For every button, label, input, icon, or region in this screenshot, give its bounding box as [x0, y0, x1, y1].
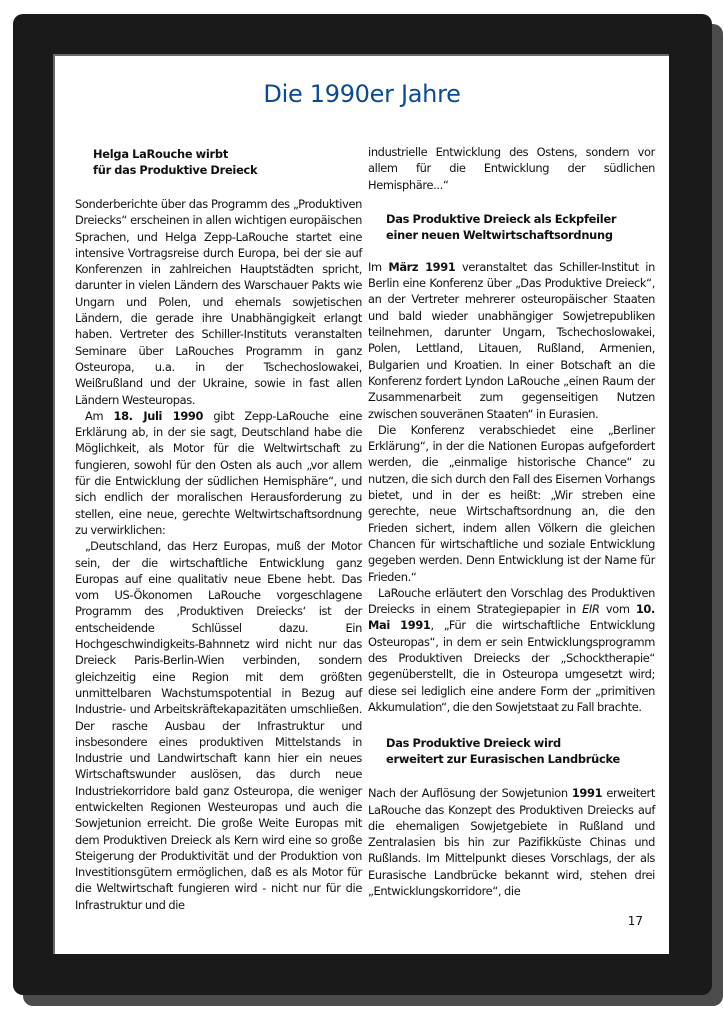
text: erweitert LaRouche das Konzept des Produ…	[368, 786, 655, 898]
document-page: Die 1990er Jahre Helga LaRouche wirbt fü…	[53, 54, 669, 954]
paragraph-maerz-1991: Im März 1991 veranstaltet das Schiller-I…	[368, 259, 655, 422]
date-highlight: März 1991	[388, 260, 455, 274]
text: Am	[85, 409, 114, 423]
heading-line-2: erweitert zur Eurasischen Landbrücke	[386, 752, 620, 766]
text: , „Für die wirtschaftliche Entwicklung O…	[368, 618, 655, 713]
heading-line-1: Das Produktive Dreieck als Eckpfeiler	[386, 212, 616, 226]
text: Nach der Auflösung der Sowjetunion	[368, 786, 572, 800]
text: Im	[368, 260, 388, 274]
text: gibt Zepp-LaRouche eine Erklärung ab, in…	[75, 409, 362, 537]
right-column: industrielle Entwicklung des Ostens, son…	[368, 144, 655, 899]
paragraph-strategiepapier: LaRouche erläutert den Vorschlag des Pro…	[368, 585, 655, 715]
date-highlight: 18. Juli 1990	[114, 409, 204, 423]
paragraph-sonderberichte: Sonderberichte über das Programm des „Pr…	[75, 196, 362, 408]
paragraph-aufloesung-sowjetunion: Nach der Auflösung der Sowjetunion 1991 …	[368, 785, 655, 899]
page-number: 17	[628, 914, 643, 928]
heading-line-1: Das Produktive Dreieck wird	[386, 736, 561, 750]
section-heading-helga: Helga LaRouche wirbt für das Produktive …	[75, 146, 362, 178]
date-highlight: 1991	[572, 786, 602, 800]
publication-name: EIR	[582, 602, 599, 616]
section-heading-landbruecke: Das Produktive Dreieck wird erweitert zu…	[368, 735, 655, 767]
heading-line-2: einer neuen Weltwirtschaftsordnung	[386, 228, 613, 242]
page-title: Die 1990er Jahre	[55, 80, 669, 108]
heading-line-2: für das Produktive Dreieck	[93, 163, 257, 177]
section-heading-eckpfeiler: Das Produktive Dreieck als Eckpfeiler ei…	[368, 211, 655, 243]
paragraph-18-juli-1990: Am 18. Juli 1990 gibt Zepp-LaRouche eine…	[75, 408, 362, 538]
text: veranstaltet das Schiller-Institut in Be…	[368, 260, 655, 421]
text: vom	[600, 602, 636, 616]
heading-line-1: Helga LaRouche wirbt	[93, 147, 228, 161]
paragraph-continued: industrielle Entwicklung des Ostens, son…	[368, 144, 655, 193]
paragraph-berliner-erklaerung: Die Konferenz verabschiedet eine „Berlin…	[368, 422, 655, 585]
paragraph-quote-deutschland: „Deutschland, das Herz Europas, muß der …	[75, 538, 362, 913]
left-column: Helga LaRouche wirbt für das Produktive …	[75, 144, 362, 913]
